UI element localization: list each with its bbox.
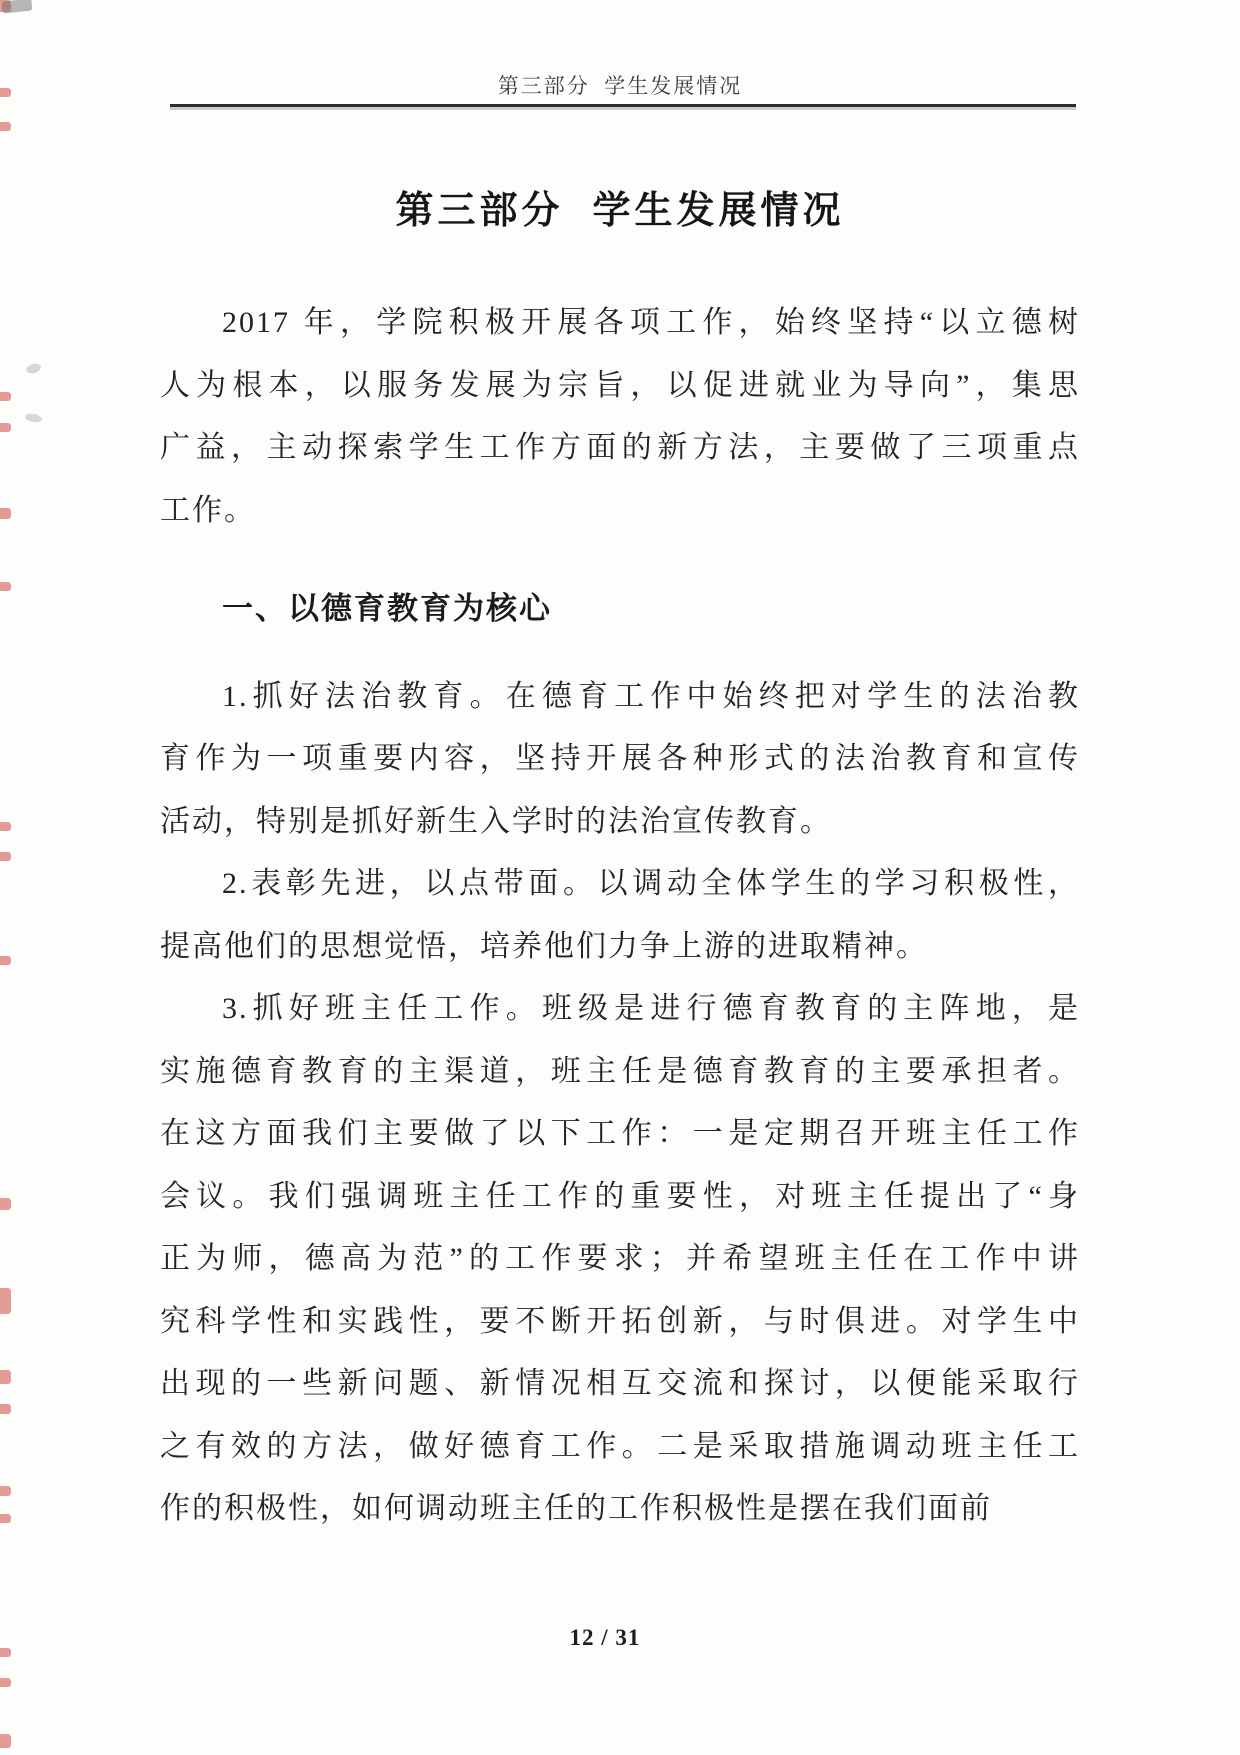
scan-mark (0, 582, 11, 591)
scan-mark (0, 852, 11, 861)
scan-mark (0, 1370, 11, 1384)
scan-mark (0, 1288, 11, 1314)
text-line: 工作。 (160, 480, 1080, 543)
scan-mark (0, 508, 11, 519)
text-line: 之有效的方法，做好德育工作。二是采取措施调动班主任工 (160, 1416, 1080, 1479)
text-line: 人为根本，以服务发展为宗旨，以促进就业为导向”，集思 (160, 355, 1080, 418)
document-body: 2017 年，学院积极开展各项工作，始终坚持“以立德树人为根本，以服务发展为宗旨… (160, 292, 1080, 1541)
scan-smudge (1, 0, 32, 14)
text-line: 究科学性和实践性，要不断开拓创新，与时俱进。对学生中 (160, 1291, 1080, 1354)
scan-mark (0, 1486, 11, 1496)
text-line: 作的积极性，如何调动班主任的工作积极性是摆在我们面前 (160, 1478, 1080, 1541)
scan-mark (0, 1734, 11, 1748)
text-line: 一、以德育教育为核心 (160, 578, 1080, 641)
document-page: 第三部分 学生发展情况 第三部分 学生发展情况 2017 年，学院积极开展各项工… (0, 0, 1240, 1755)
scan-mark (0, 1678, 11, 1687)
scan-mark (0, 1404, 11, 1414)
text-line: 正为师，德高为范”的工作要求；并希望班主任在工作中讲 (160, 1228, 1080, 1291)
text-line: 在这方面我们主要做了以下工作：一是定期召开班主任工作 (160, 1103, 1080, 1166)
text-line: 广益，主动探索学生工作方面的新方法，主要做了三项重点 (160, 417, 1080, 480)
text-line: 出现的一些新问题、新情况相互交流和探讨，以便能采取行 (160, 1353, 1080, 1416)
scan-mark (0, 822, 11, 831)
scan-smudge (25, 362, 42, 375)
scan-mark (0, 392, 11, 401)
scan-mark (0, 1648, 11, 1657)
text-line: 育作为一项重要内容，坚持开展各种形式的法治教育和宣传 (160, 728, 1080, 791)
running-header: 第三部分 学生发展情况 (160, 76, 1080, 97)
scan-mark (0, 122, 11, 131)
paragraph: 2.表彰先进，以点带面。以调动全体学生的学习积极性，提高他们的思想觉悟，培养他们… (160, 853, 1080, 978)
paragraph: 2017 年，学院积极开展各项工作，始终坚持“以立德树人为根本，以服务发展为宗旨… (160, 292, 1080, 542)
scan-mark (0, 88, 11, 97)
section-heading: 一、以德育教育为核心 (160, 578, 1080, 641)
text-line: 会议。我们强调班主任工作的重要性，对班主任提出了“身 (160, 1166, 1080, 1229)
text-line: 活动，特别是抓好新生入学时的法治宣传教育。 (160, 791, 1080, 854)
text-line: 2017 年，学院积极开展各项工作，始终坚持“以立德树 (160, 292, 1080, 355)
text-line: 提高他们的思想觉悟，培养他们力争上游的进取精神。 (160, 916, 1080, 979)
scan-mark (0, 423, 11, 432)
scan-mark (0, 956, 11, 965)
text-line: 1.抓好法治教育。在德育工作中始终把对学生的法治教 (160, 666, 1080, 729)
scan-smudge (24, 413, 42, 424)
header-rule (170, 104, 1076, 107)
scan-mark (0, 1198, 11, 1210)
text-line: 3.抓好班主任工作。班级是进行德育教育的主阵地，是 (160, 978, 1080, 1041)
text-line: 实施德育教育的主渠道，班主任是德育教育的主要承担者。 (160, 1041, 1080, 1104)
paragraph: 3.抓好班主任工作。班级是进行德育教育的主阵地，是实施德育教育的主渠道，班主任是… (160, 978, 1080, 1541)
scan-mark (0, 1514, 11, 1523)
paragraph: 1.抓好法治教育。在德育工作中始终把对学生的法治教育作为一项重要内容，坚持开展各… (160, 666, 1080, 854)
document-title: 第三部分 学生发展情况 (160, 192, 1080, 230)
text-line: 2.表彰先进，以点带面。以调动全体学生的学习积极性， (160, 853, 1080, 916)
page-number: 12 / 31 (160, 1626, 1050, 1649)
